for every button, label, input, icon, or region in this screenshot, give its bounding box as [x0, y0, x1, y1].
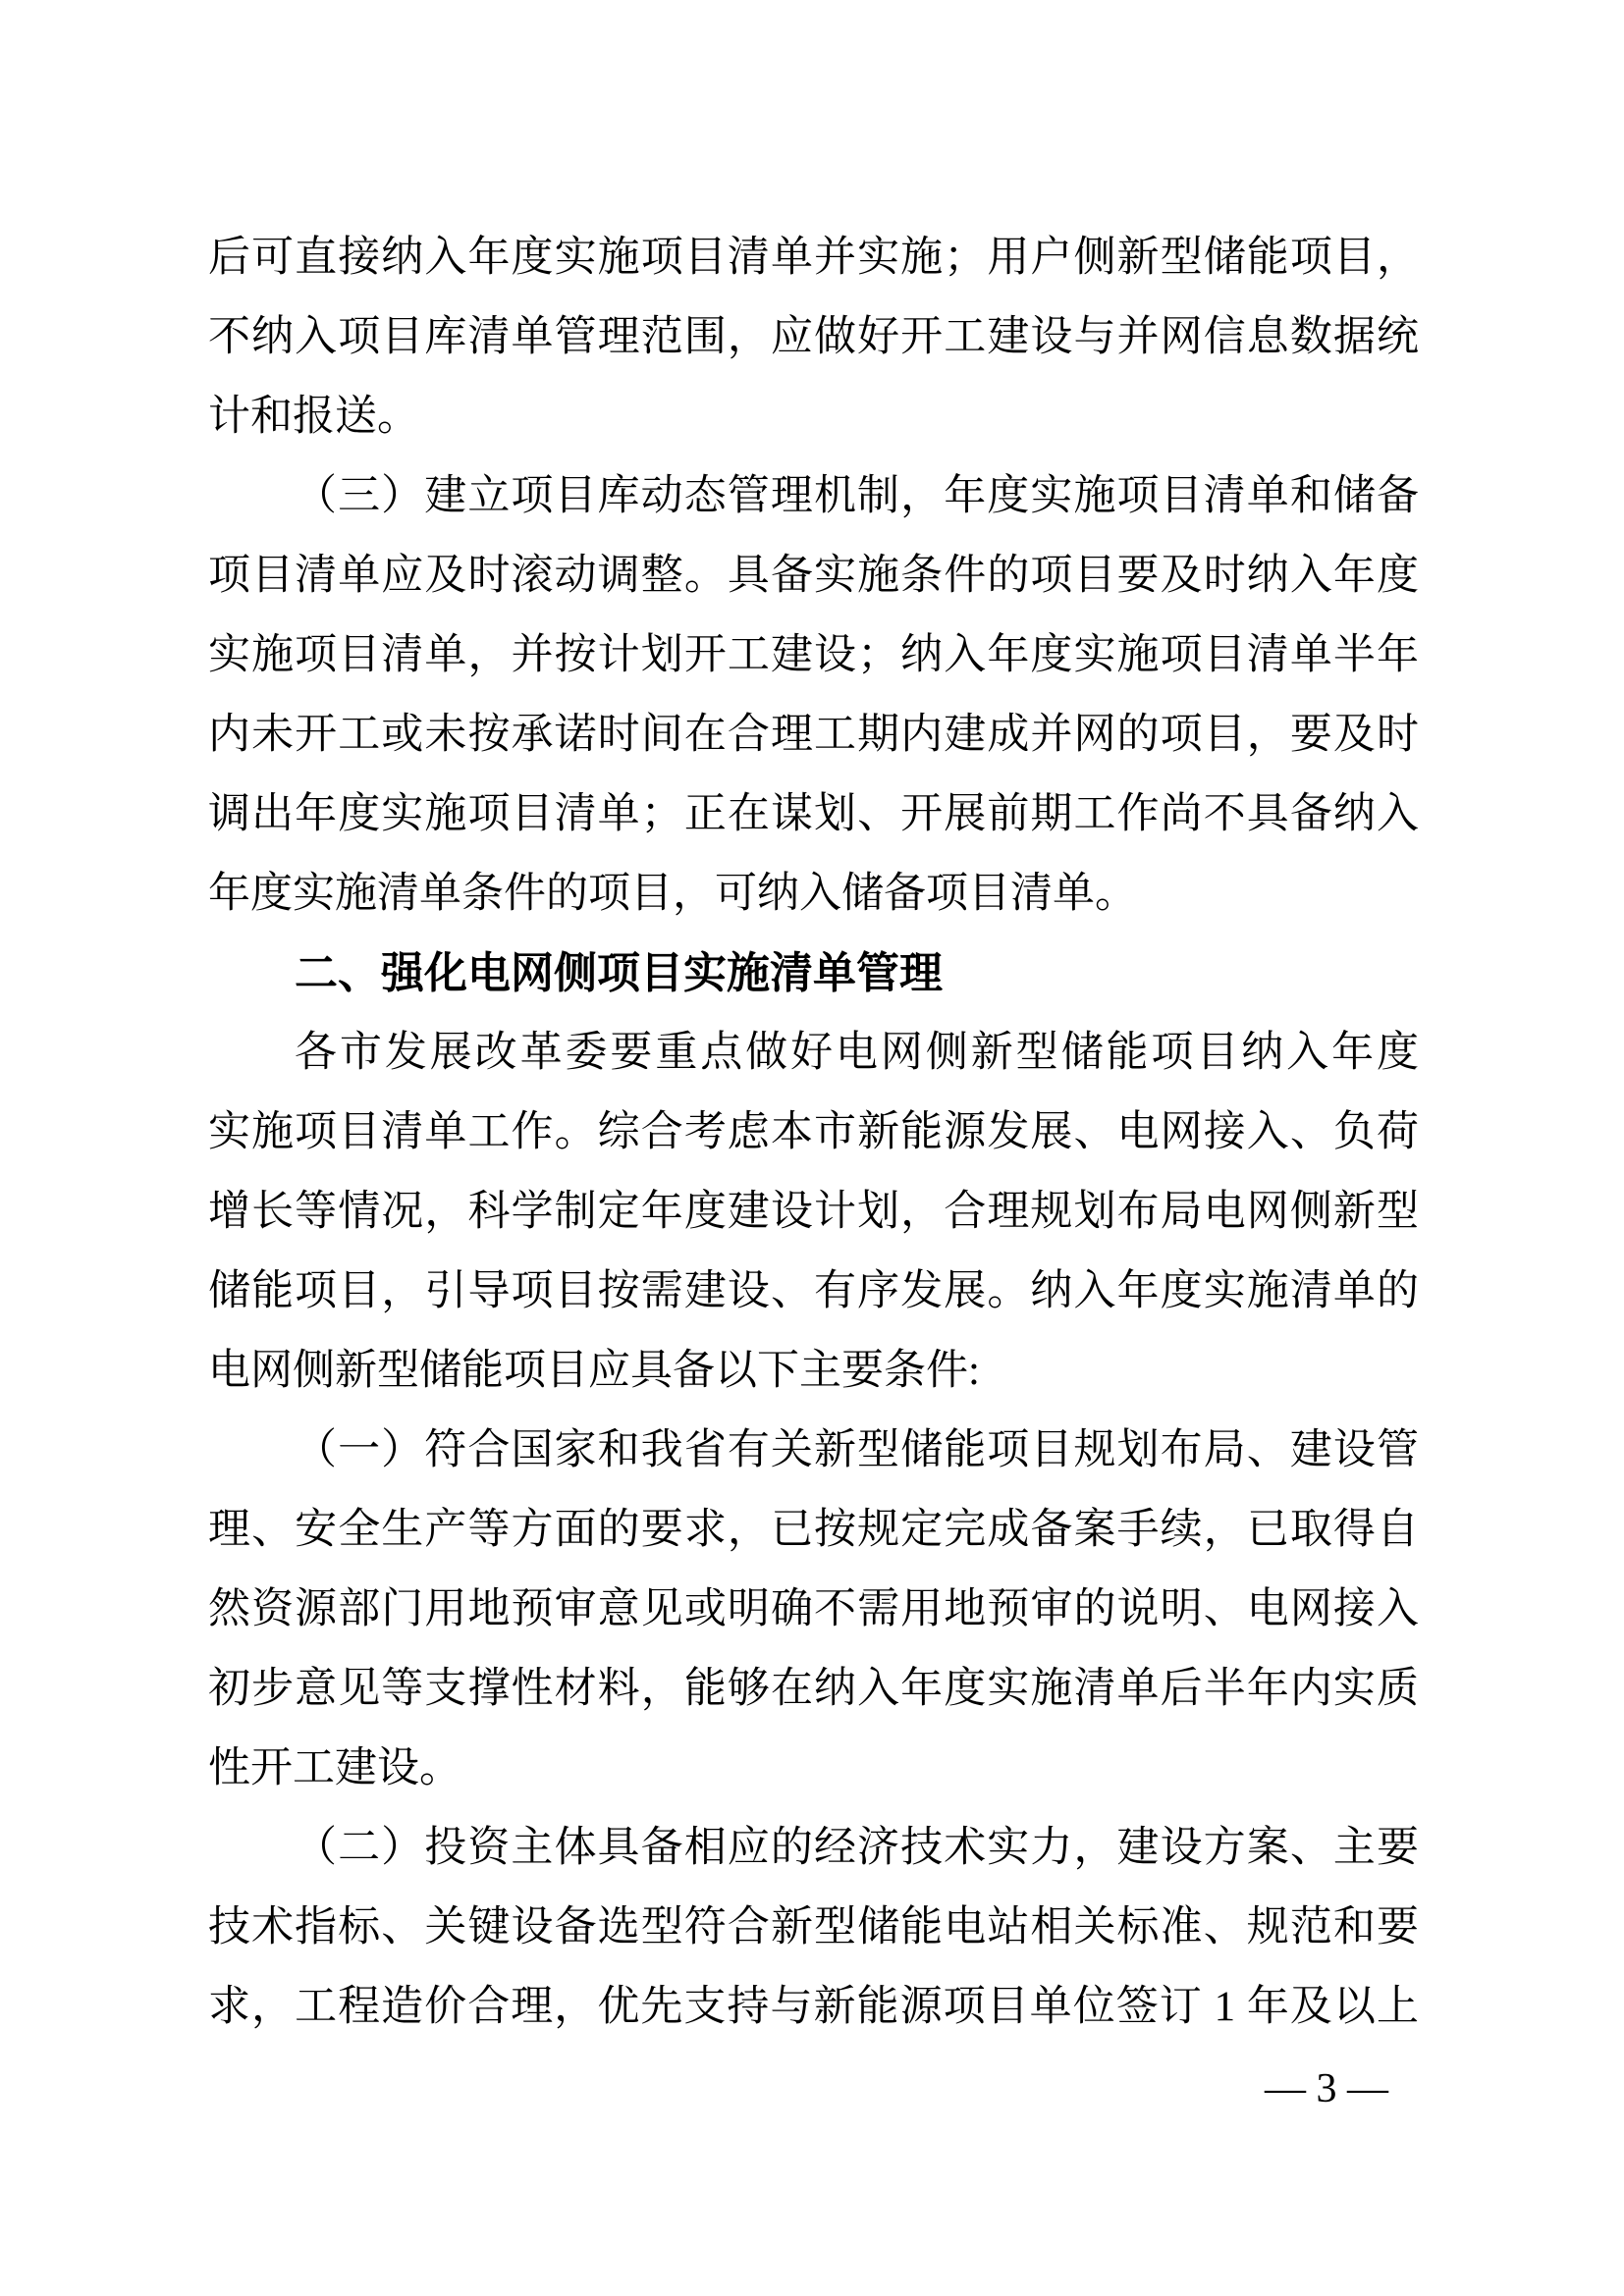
text-line: 求，工程造价合理，优先支持与新能源项目单位签订 1 年及以上: [208, 1967, 1419, 2047]
document-page: 后可直接纳入年度实施项目清单并实施；用户侧新型储能项目，不纳入项目库清单管理范围…: [0, 0, 1624, 2296]
text-line: 调出年度实施项目清单；正在谋划、开展前期工作尚不具备纳入: [208, 774, 1419, 854]
text-line: 实施项目清单工作。综合考虑本市新能源发展、电网接入、负荷: [208, 1093, 1419, 1172]
text-line: 电网侧新型储能项目应具备以下主要条件:: [208, 1331, 1419, 1411]
text-line: 内未开工或未按承诺时间在合理工期内建成并网的项目，要及时: [208, 695, 1419, 774]
text-line: 初步意见等支撑性材料，能够在纳入年度实施清单后半年内实质: [208, 1649, 1419, 1729]
text-line: （二）投资主体具备相应的经济技术实力，建设方案、主要: [208, 1808, 1419, 1888]
text-line: （一）符合国家和我省有关新型储能项目规划布局、建设管: [208, 1411, 1419, 1490]
text-line: 性开工建设。: [208, 1729, 1419, 1808]
text-line: 实施项目清单，并按计划开工建设；纳入年度实施项目清单半年: [208, 615, 1419, 695]
section-heading: 二、强化电网侧项目实施清单管理: [208, 934, 1419, 1013]
text-line: 储能项目，引导项目按需建设、有序发展。纳入年度实施清单的: [208, 1252, 1419, 1331]
text-line: 后可直接纳入年度实施项目清单并实施；用户侧新型储能项目，: [208, 218, 1419, 297]
text-line: 增长等情况，科学制定年度建设计划，合理规划布局电网侧新型: [208, 1172, 1419, 1252]
text-line: （三）建立项目库动态管理机制，年度实施项目清单和储备: [208, 456, 1419, 536]
text-line: 计和报送。: [208, 377, 1419, 456]
text-line: 年度实施清单条件的项目，可纳入储备项目清单。: [208, 854, 1419, 934]
text-line: 不纳入项目库清单管理范围，应做好开工建设与并网信息数据统: [208, 297, 1419, 377]
text-line: 然资源部门用地预审意见或明确不需用地预审的说明、电网接入: [208, 1570, 1419, 1649]
page-number: — 3 —: [1265, 2059, 1388, 2118]
text-line: 项目清单应及时滚动调整。具备实施条件的项目要及时纳入年度: [208, 536, 1419, 615]
text-block: 后可直接纳入年度实施项目清单并实施；用户侧新型储能项目，不纳入项目库清单管理范围…: [208, 218, 1419, 2047]
text-line: 各市发展改革委要重点做好电网侧新型储能项目纳入年度: [208, 1013, 1419, 1093]
text-line: 理、安全生产等方面的要求，已按规定完成备案手续，已取得自: [208, 1490, 1419, 1570]
text-line: 技术指标、关键设备选型符合新型储能电站相关标准、规范和要: [208, 1888, 1419, 1967]
